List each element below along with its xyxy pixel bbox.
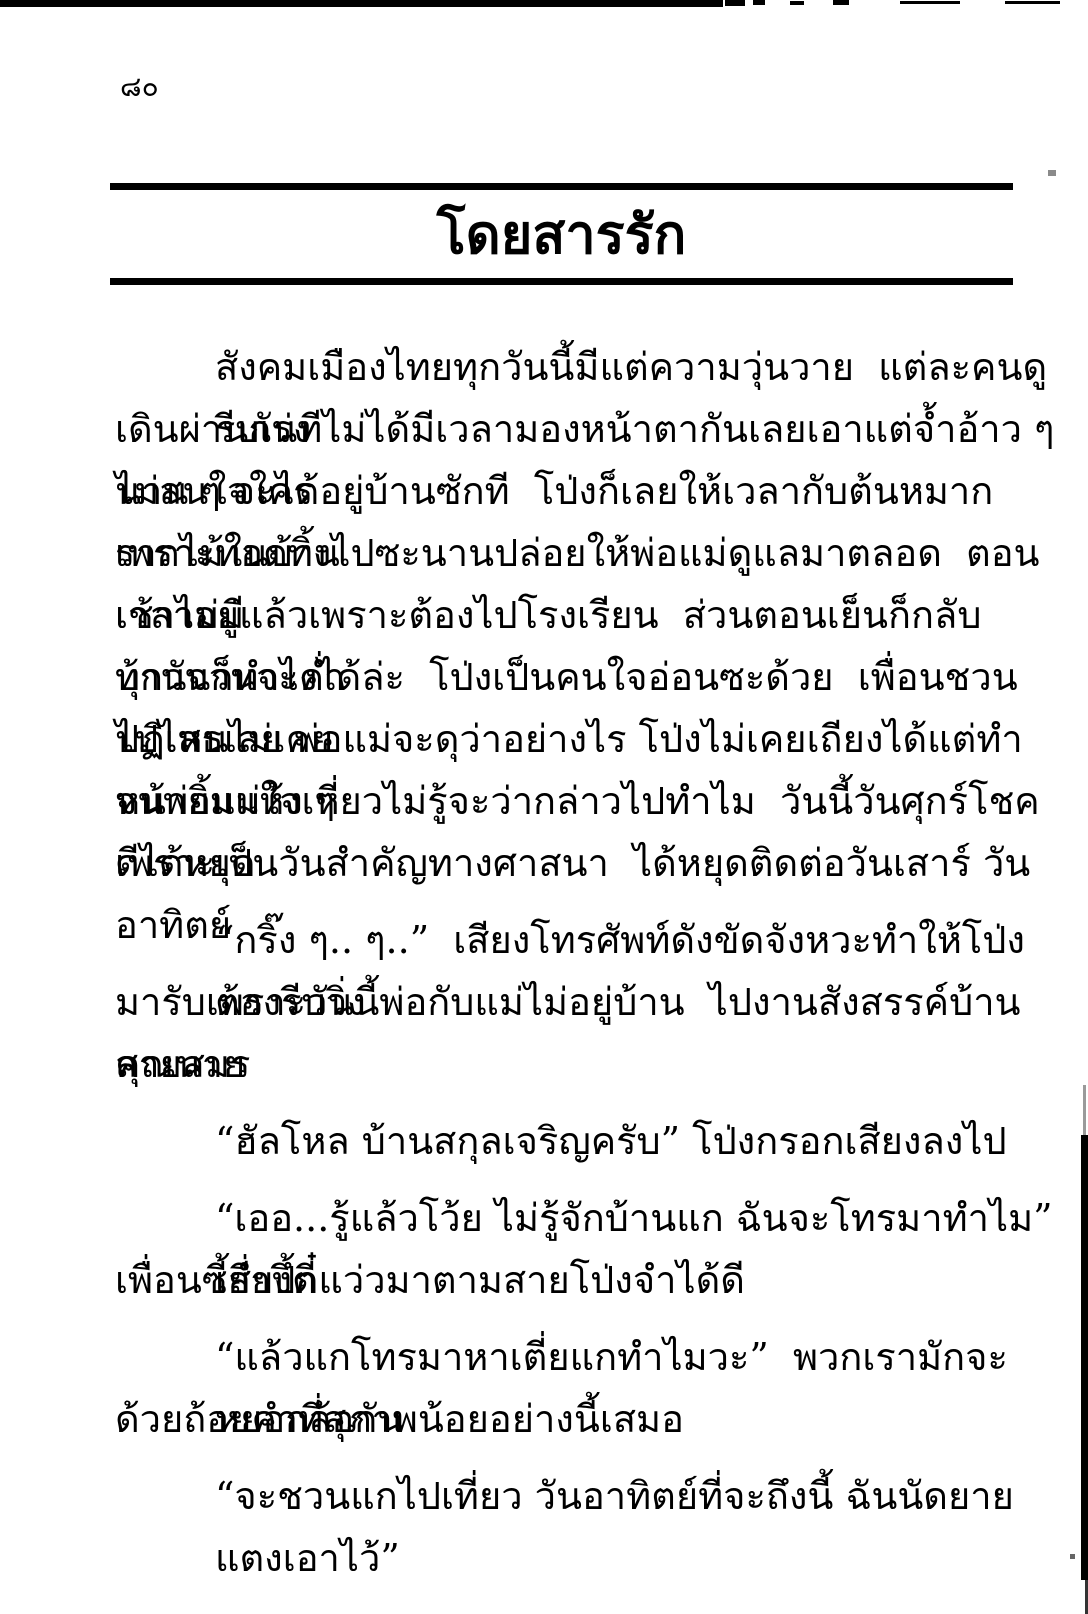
text-line: เดินผ่านกันทีไม่ได้มีเวลามองหน้าตากันเลย… (115, 398, 1055, 460)
scan-artifact-speck (1048, 170, 1056, 176)
paragraph: “แล้วแกโทรมาหาเตี่ยแกทำไมวะ” พวกเรามักจะ… (115, 1326, 1055, 1450)
text-line: สายสมร (115, 1033, 1055, 1095)
story-text: สังคมเมืองไทยทุกวันนี้มีแต่ความวุ่นวาย แ… (115, 336, 1055, 1527)
paragraph: “เออ...รู้แล้วโว้ย ไม่รู้จักบ้านแก ฉันจะ… (115, 1187, 1055, 1311)
text-line: มารับเพราะวันนี้พ่อกับแม่ไม่อยู่บ้าน ไปง… (115, 971, 1055, 1033)
text-line: “แล้วแกโทรมาหาเตี่ยแกทำไมวะ” พวกเรามักจะ… (115, 1326, 1055, 1388)
paragraph: “กริ๊ง ๆ.. ๆ..” เสียงโทรศัพท์ดังขัดจังหว… (115, 909, 1055, 1095)
scan-artifact-top-bar-fragment (790, 1, 804, 5)
text-line: จนพ่อแม่ใจเหี่ยวไม่รู้จะว่ากล่าวไปทำไม ว… (115, 770, 1055, 832)
page-number: ๘๐ (120, 70, 159, 104)
scan-artifact-right-strip (1083, 1085, 1086, 1137)
text-line: “เออ...รู้แล้วโว้ย ไม่รู้จักบ้านแก ฉันจะ… (115, 1187, 1055, 1249)
text-line: ทุกวันก็ทำไงได้ล่ะ โป่งเป็นคนใจอ่อนซะด้ว… (115, 646, 1055, 708)
paragraph: “จะชวนแกไปเที่ยว วันอาทิตย์ที่จะถึงนี้ ฉ… (115, 1465, 1055, 1527)
chapter-title: โดยสารรัก (110, 190, 1013, 278)
text-line: นาน ๆ จะได้อยู่บ้านซักที โป่งก็เลยให้เวล… (115, 460, 1055, 522)
scan-artifact-top-bar-fragment (900, 1, 960, 4)
text-line: สังคมเมืองไทยทุกวันนี้มีแต่ความวุ่นวาย แ… (115, 336, 1055, 398)
text-line: เพราะทอดทิ้งไปซะนานปล่อยให้พ่อแม่ดูแลมาต… (115, 522, 1055, 584)
paragraph: สังคมเมืองไทยทุกวันนี้มีแต่ความวุ่นวาย แ… (115, 336, 1055, 894)
scan-artifact-top-bar-fragment (833, 0, 849, 5)
title-rule-top (110, 183, 1013, 190)
scan-artifact-speck (1070, 1554, 1075, 1559)
text-line: ด้วยถ้อยคำที่สุภาพน้อยอย่างนี้เสมอ (115, 1388, 1055, 1450)
scan-artifact-top-bar-fragment (1005, 1, 1060, 4)
text-line: “จะชวนแกไปเที่ยว วันอาทิตย์ที่จะถึงนี้ ฉ… (115, 1465, 1055, 1527)
text-line: ปฏิเสธเลย พ่อแม่จะดุว่าอย่างไร โป่งไม่เค… (115, 708, 1055, 770)
text-line: “กริ๊ง ๆ.. ๆ..” เสียงโทรศัพท์ดังขัดจังหว… (115, 909, 1055, 971)
scan-artifact-right-strip (1081, 1135, 1088, 1580)
paragraph: “ฮัลโหล บ้านสกุลเจริญครับ” โป่งกรอกเสียง… (115, 1110, 1055, 1172)
title-rule-bottom (110, 278, 1013, 285)
scanned-book-page: ๘๐ โดยสารรัก สังคมเมืองไทยทุกวันนี้มีแต่… (0, 0, 1088, 1614)
scan-artifact-top-bar-fragment (753, 0, 765, 5)
text-line: เพราะเป็นวันสำคัญทางศาสนา ได้หยุดติดต่อว… (115, 832, 1055, 894)
chapter-title-block: โดยสารรัก (110, 183, 1013, 285)
text-line: “ฮัลโหล บ้านสกุลเจริญครับ” โป่งกรอกเสียง… (115, 1110, 1055, 1172)
scan-artifact-top-bar-fragment (725, 0, 745, 6)
text-line: เวลาอยู่แล้วเพราะต้องไปโรงเรียน ส่วนตอนเ… (115, 584, 1055, 646)
text-line: เพื่อนซี้ย่ำปึ้กแว่วมาตามสายโป่งจำได้ดี (115, 1249, 1055, 1311)
scan-artifact-top-bar (0, 0, 723, 7)
